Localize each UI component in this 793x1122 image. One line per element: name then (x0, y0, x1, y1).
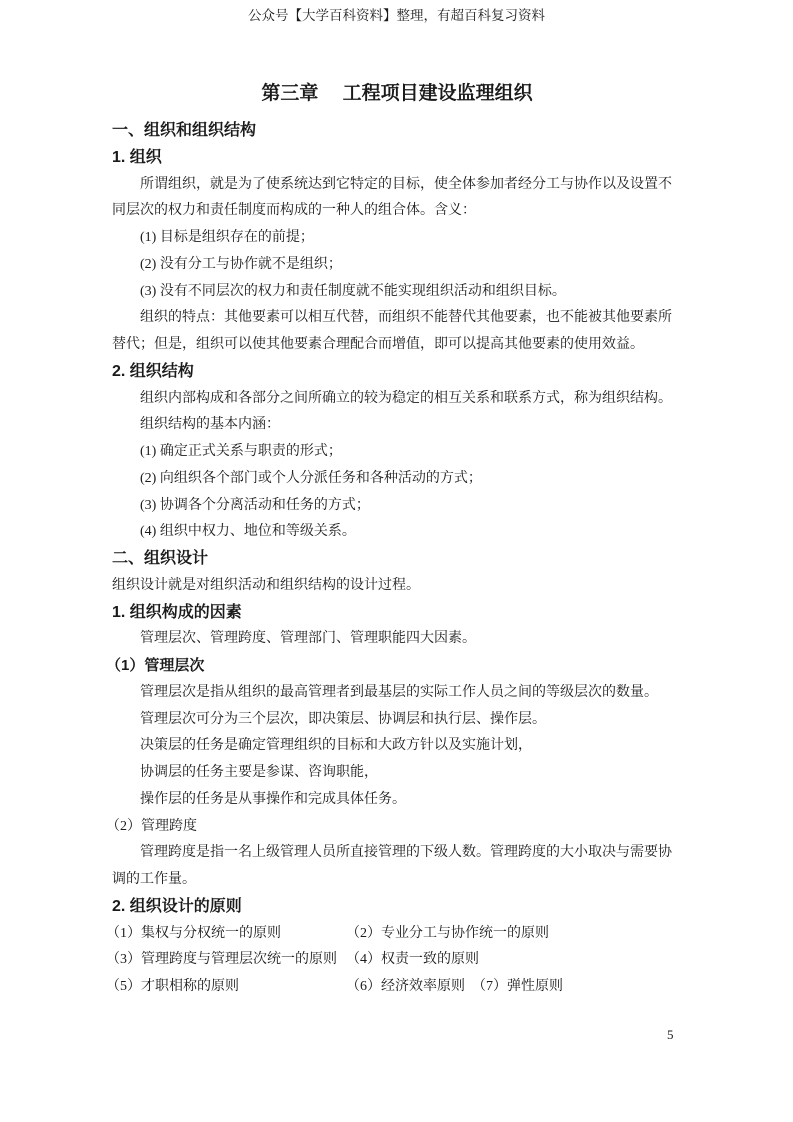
sub-subsection-heading: （2）管理跨度 (106, 814, 682, 841)
paragraph-line: 组织的特点：其他要素可以相互代替，而组织不能替代其他要素，也不能被其他要素所 (112, 305, 682, 332)
sub-subsection-heading: （1）管理层次 (106, 653, 682, 680)
document-content: 第三章 工程项目建设监理组织 一、组织和组织结构1. 组织所谓组织，就是为了使系… (112, 81, 682, 1001)
paragraph-line: (4) 组织中权力、地位和等级关系。 (112, 519, 682, 546)
principle-item: （1）集权与分权统一的原则 (106, 921, 346, 948)
paragraph-line: (2) 没有分工与协作就不是组织； (112, 252, 682, 279)
page-number: 5 (667, 1027, 674, 1043)
principles-row: （3）管理跨度与管理层次统一的原则（4）权责一致的原则 (106, 947, 682, 974)
paragraph-line: 组织设计就是对组织活动和组织结构的设计过程。 (112, 573, 682, 600)
principles-row: （1）集权与分权统一的原则（2）专业分工与协作统一的原则 (106, 921, 682, 948)
subsection-heading: 2. 组织结构 (112, 359, 682, 386)
page-header-text: 公众号【大学百科资料】整理，有超百科复习资料 (0, 7, 793, 25)
paragraph-line: 决策层的任务是确定管理组织的目标和大政方针以及实施计划， (112, 733, 682, 760)
paragraph-line: (3) 没有不同层次的权力和责任制度就不能实现组织活动和组织目标。 (112, 279, 682, 306)
paragraph-line: 组织结构的基本内涵： (112, 412, 682, 439)
paragraph-line: (1) 目标是组织存在的前提； (112, 225, 682, 252)
paragraph-line: 管理跨度是指一名上级管理人员所直接管理的下级人数。管理跨度的大小取决与需要协 (112, 840, 682, 867)
paragraph-line: (1) 确定正式关系与职责的形式； (112, 439, 682, 466)
principles-row: （5）才职相称的原则（6）经济效率原则 （7）弹性原则 (106, 974, 682, 1001)
principle-item: （6）经济效率原则 （7）弹性原则 (346, 974, 682, 1001)
paragraph-line: 组织内部构成和各部分之间所确立的较为稳定的相互关系和联系方式，称为组织结构。 (112, 386, 682, 413)
subsection-heading: 1. 组织构成的因素 (112, 600, 682, 627)
principle-item: （5）才职相称的原则 (106, 974, 346, 1001)
paragraph-line: (3) 协调各个分离活动和任务的方式； (112, 493, 682, 520)
paragraph-line: 管理层次可分为三个层次，即决策层、协调层和执行层、操作层。 (112, 707, 682, 734)
paragraph-line: 操作层的任务是从事操作和完成具体任务。 (112, 787, 682, 814)
document-page: 公众号【大学百科资料】整理，有超百科复习资料 第三章 工程项目建设监理组织 一、… (0, 0, 793, 1122)
document-body: 一、组织和组织结构1. 组织所谓组织，就是为了使系统达到它特定的目标，使全体参加… (112, 118, 682, 1001)
paragraph-line: 管理层次、管理跨度、管理部门、管理职能四大因素。 (112, 626, 682, 653)
principle-item: （4）权责一致的原则 (346, 947, 682, 974)
paragraph-line: (2) 向组织各个部门或个人分派任务和各种活动的方式； (112, 466, 682, 493)
paragraph-line: 所谓组织，就是为了使系统达到它特定的目标，使全体参加者经分工与协作以及设置不 (112, 172, 682, 199)
paragraph-line: 调的工作量。 (112, 867, 682, 894)
paragraph-line: 替代；但是，组织可以使其他要素合理配合而增值，即可以提高其他要素的使用效益。 (112, 332, 682, 359)
paragraph-line: 同层次的权力和责任制度而构成的一种人的组合体。含义： (112, 198, 682, 225)
section-heading: 二、组织设计 (112, 546, 682, 573)
principle-item: （2）专业分工与协作统一的原则 (346, 921, 682, 948)
chapter-title: 第三章 工程项目建设监理组织 (112, 81, 682, 106)
paragraph-line: 协调层的任务主要是参谋、咨询职能， (112, 760, 682, 787)
section-heading: 一、组织和组织结构 (112, 118, 682, 145)
subsection-heading: 1. 组织 (112, 145, 682, 172)
principle-item: （3）管理跨度与管理层次统一的原则 (106, 947, 346, 974)
paragraph-line: 管理层次是指从组织的最高管理者到最基层的实际工作人员之间的等级层次的数量。 (112, 680, 682, 707)
subsection-heading: 2. 组织设计的原则 (112, 894, 682, 921)
